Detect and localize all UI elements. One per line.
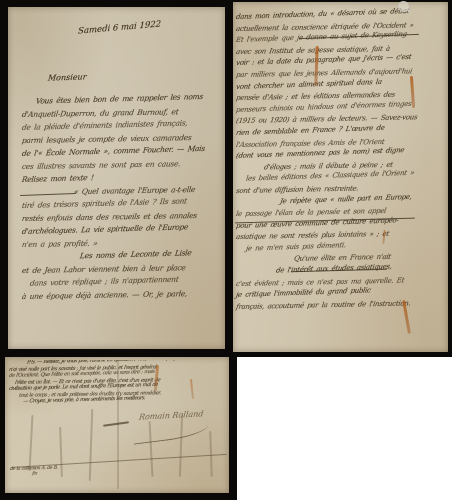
letter-page-verso: dans mon introduction, du « désarroi où … <box>233 2 448 352</box>
signature: Romain Rolland <box>138 409 203 421</box>
magnifier-icon[interactable] <box>398 1 411 14</box>
signature-dash <box>103 421 129 426</box>
pencil-streak <box>29 415 33 471</box>
magnifier-handle <box>407 9 411 13</box>
pencil-streak <box>149 421 153 477</box>
fold-crease <box>117 361 119 489</box>
date-line: Samedi 6 mai 1922 <box>78 19 161 36</box>
pencil-streak <box>179 415 183 477</box>
recto-handwriting-block: Vous êtes bien bon de me rappeler les no… <box>22 95 222 303</box>
salutation: Monsieur <box>48 72 87 82</box>
handwriting-line: à une époque déjà ancienne. — Or, je par… <box>21 286 223 303</box>
letter-page-recto: Samedi 6 mai 1922 Monsieur Vous êtes bie… <box>8 7 225 349</box>
signature-flourish <box>133 424 210 444</box>
collector-note: de la collection A. de B.fin <box>10 467 100 478</box>
handwriting-line: fin <box>10 471 101 478</box>
manuscript-photo: Samedi 6 mai 1922 Monsieur Vous êtes bie… <box>0 0 452 500</box>
letter-fragment: P.-S. — Relisez, je vous prie, l'article… <box>5 357 229 493</box>
verso-handwriting-block: dans mon introduction, du « désarroi où … <box>236 12 447 313</box>
